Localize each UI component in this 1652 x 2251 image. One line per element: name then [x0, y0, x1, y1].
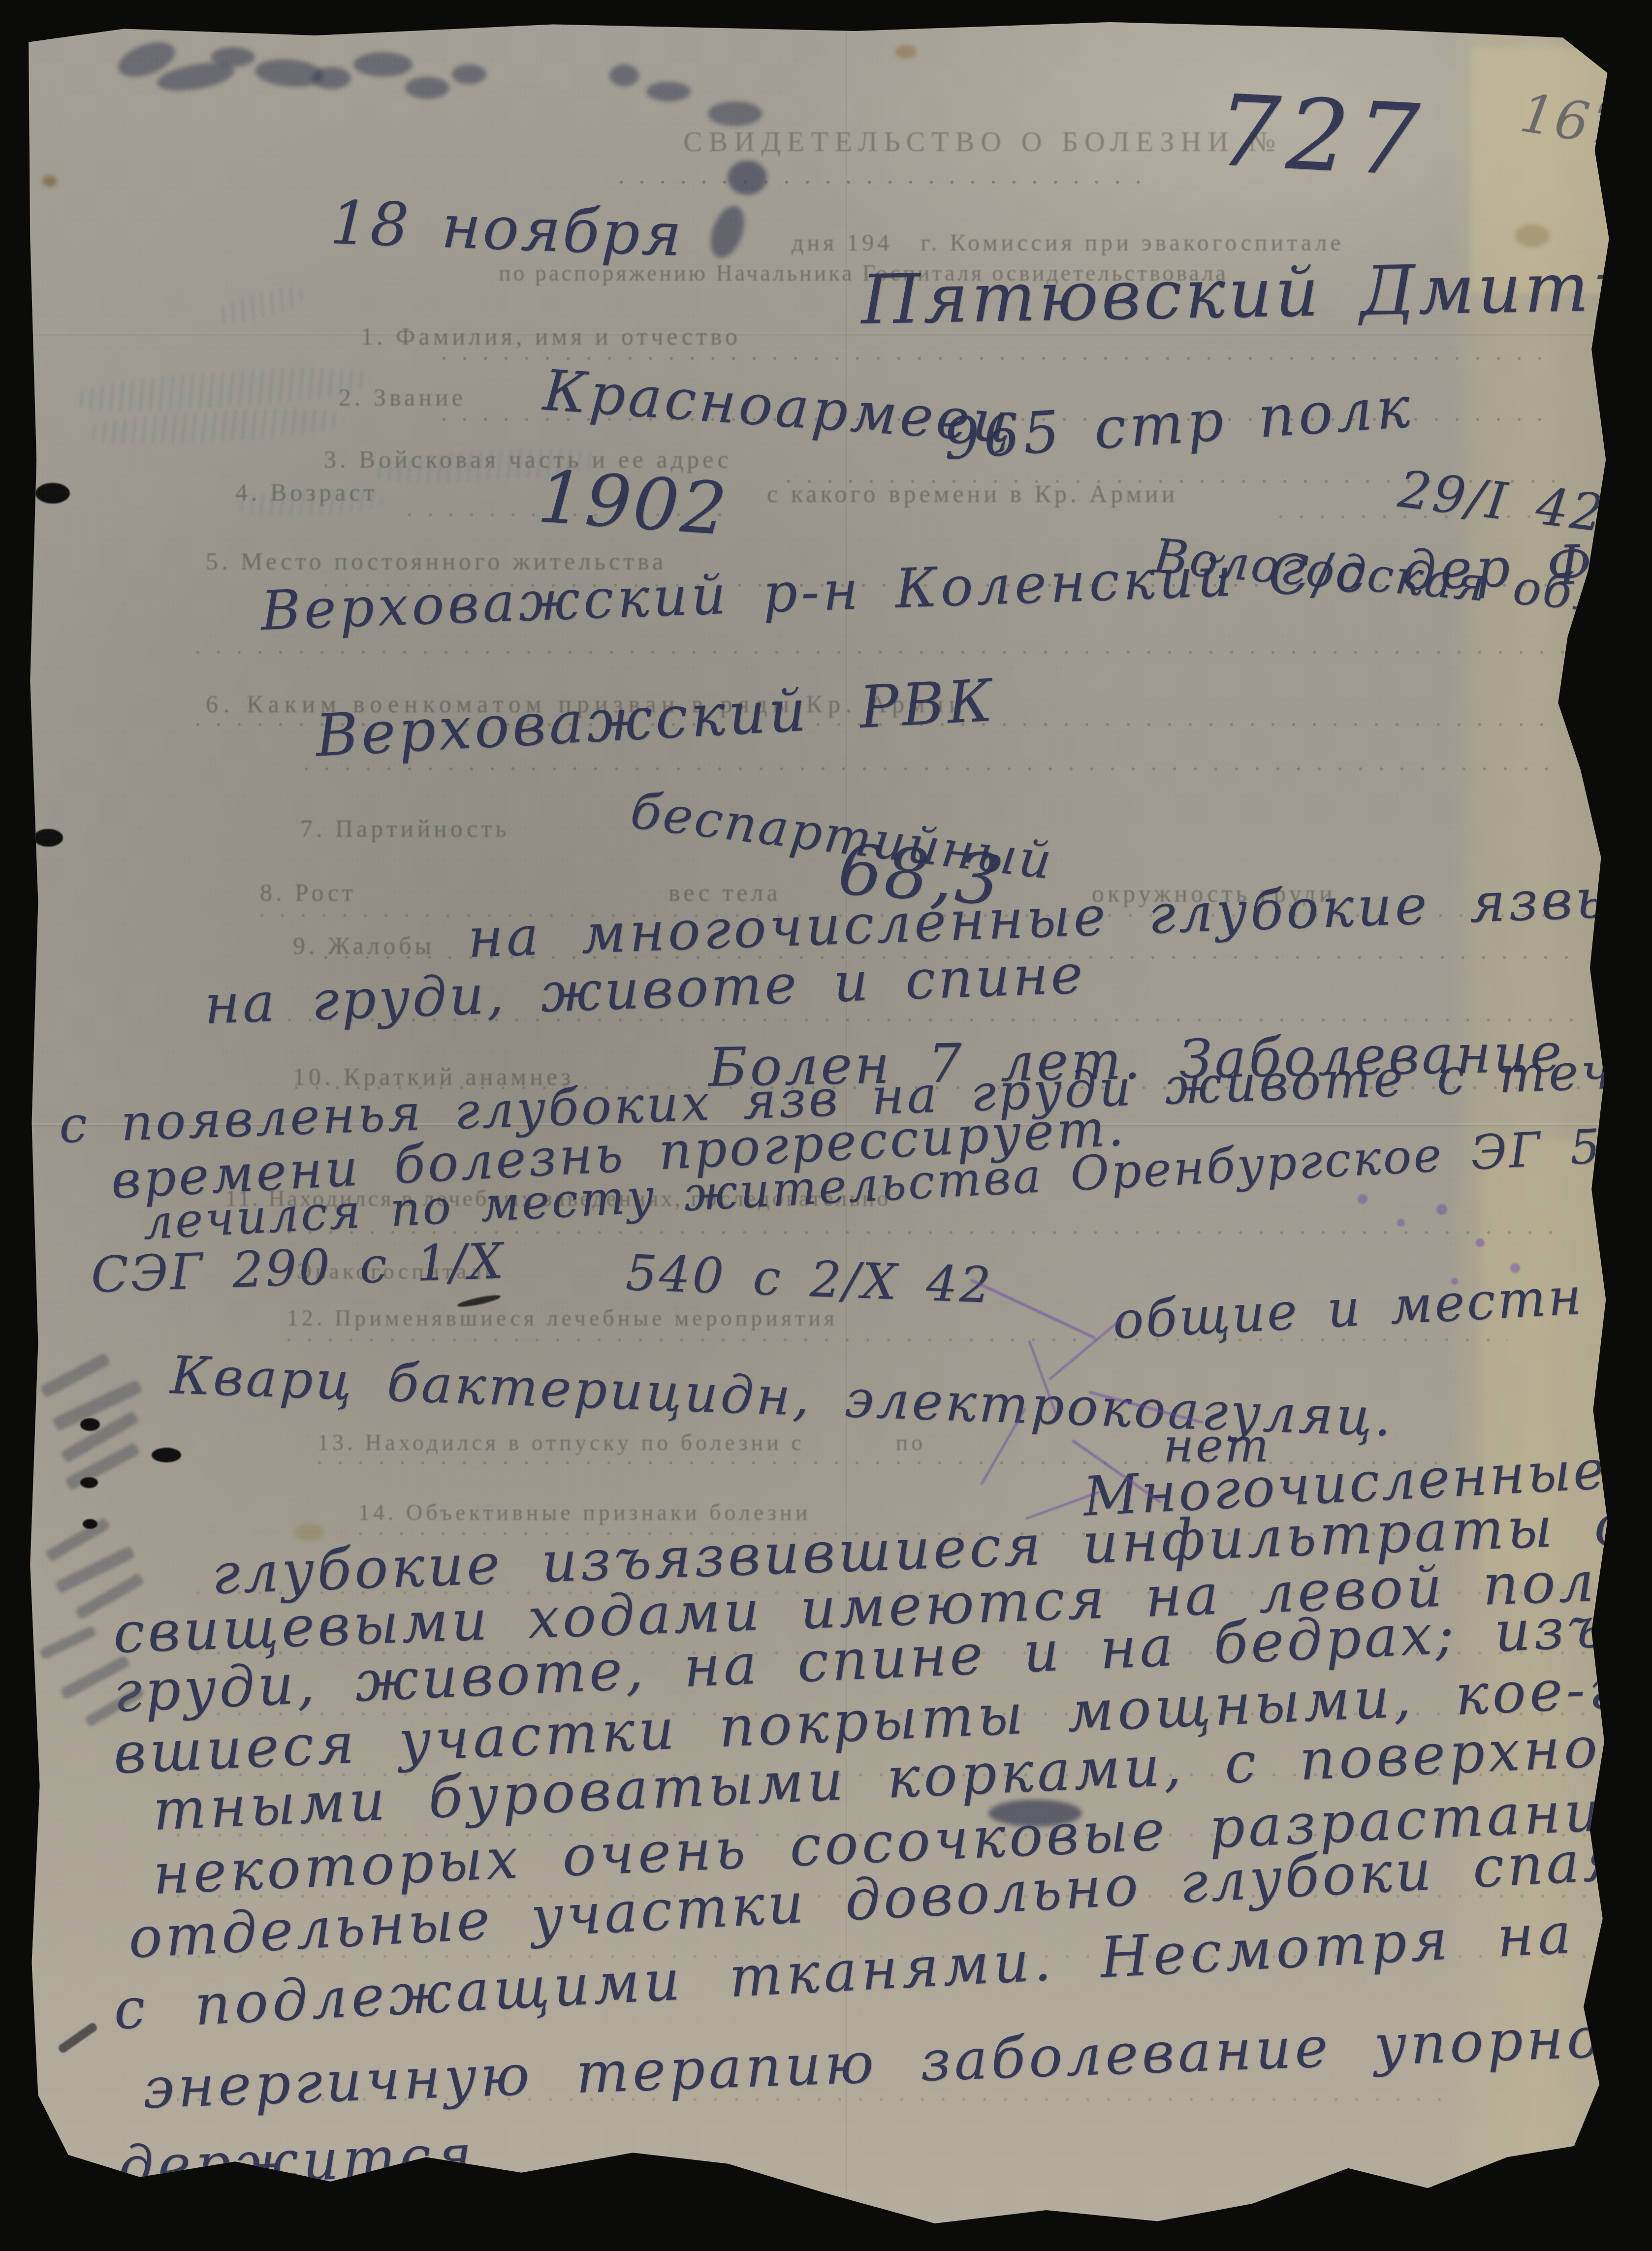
form-field-7: 7. Партийность	[300, 814, 510, 843]
paper-hole	[80, 1418, 100, 1431]
entry-hospitals-line-3: 540 с 2/X 42	[625, 1248, 994, 1310]
ink-smudge	[646, 82, 691, 101]
paper-hole	[83, 1519, 97, 1529]
violet-dot	[1397, 1219, 1405, 1227]
ink-smudge	[988, 1800, 1082, 1827]
entry-signs-line-11: держится	[117, 2127, 477, 2195]
ink-smudge	[312, 67, 351, 89]
pencil-scribble	[45, 1518, 110, 1562]
entry-address: Верховажский р-н Коленский С/с дер Фомин…	[260, 527, 1652, 638]
entry-date: 18 ноября	[329, 192, 685, 265]
ink-smudge	[452, 64, 486, 84]
paper-hole	[152, 1448, 181, 1462]
form-title: СВИДЕТЕЛЬСТВО О БОЛЕЗНИ №	[683, 125, 1282, 158]
bleed-through-writing	[74, 362, 371, 417]
edge-tear	[35, 483, 70, 504]
form-field-4b: с какого времени в Кр. Армии	[767, 479, 1178, 508]
entry-military-commissariat: Верховажский РВК	[314, 671, 997, 765]
form-field-14: 14. Объективные признаки болезни	[358, 1499, 811, 1525]
dotted-leader	[442, 356, 1545, 360]
certificate-page: СВИДЕТЕЛЬСТВО О БОЛЕЗНИ № дня 194 г. Ком…	[29, 18, 1619, 2228]
paper-stain	[895, 45, 917, 59]
ink-smudge	[405, 77, 449, 99]
entry-in-army-since: 29/I 42	[1396, 463, 1608, 539]
ink-smudge	[708, 101, 762, 126]
violet-dot	[1510, 1263, 1520, 1273]
form-field-8a: 8. Рост	[260, 878, 356, 907]
paper-stain	[42, 175, 57, 187]
form-field-13: 13. Находился в отпуску по болезни с по	[318, 1429, 926, 1456]
paper-hole	[80, 1477, 98, 1488]
entry-name: Пятювский Дмитрий Афа	[860, 248, 1652, 334]
scanned-document-photo: СВИДЕТЕЛЬСТВО О БОЛЕЗНИ № дня 194 г. Ком…	[0, 0, 1652, 2251]
entry-hospitals-line-2: СЭГ 290 с 1/X	[90, 1236, 506, 1300]
violet-dot	[1451, 1278, 1458, 1285]
ink-smudge	[353, 52, 413, 77]
ink-smudge	[609, 64, 639, 87]
pencil-scribble	[40, 1352, 111, 1398]
page-number: 167	[1517, 87, 1628, 156]
form-intro-line-1: дня 194 г. Комиссия при эвакогоспитале	[792, 229, 1344, 256]
ink-smudge	[704, 201, 751, 262]
bleed-through-writing	[214, 283, 306, 329]
entry-treatment-right: общие и местн	[1112, 1270, 1585, 1346]
bleed-through-writing	[87, 405, 344, 447]
dotted-leader	[304, 767, 1555, 771]
violet-dot	[1476, 1238, 1485, 1247]
violet-dot	[1358, 1194, 1367, 1204]
form-field-1: 1. Фамилия, имя и отчество	[361, 322, 741, 350]
ink-smudge	[211, 47, 255, 67]
form-field-12: 12. Применявшиеся лечебные мероприятия	[287, 1305, 838, 1331]
pencil-scribble	[39, 1625, 97, 1660]
certificate-number: 727	[1215, 82, 1429, 191]
horizontal-crease	[29, 333, 1619, 334]
pencil-check-mark	[57, 2022, 98, 2054]
violet-dot	[1436, 1204, 1447, 1215]
ink-smudge	[728, 160, 767, 195]
dotted-leader	[619, 180, 1141, 184]
paper-stain	[294, 1524, 324, 1541]
edge-tear	[33, 829, 63, 847]
paper-stain	[1515, 224, 1550, 247]
dotted-leader	[196, 650, 1564, 654]
